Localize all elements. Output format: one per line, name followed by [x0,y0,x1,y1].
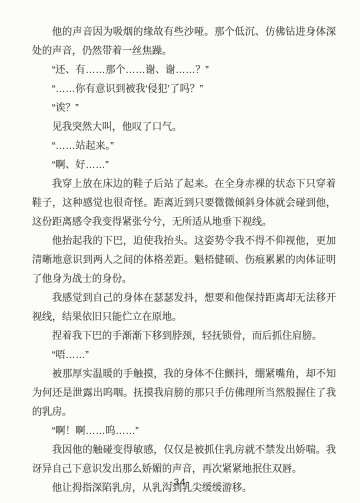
paragraph: “还、有……那个……谢、谢……？” [32,61,336,80]
paragraph: “诶？” [32,99,336,118]
paragraph: “啊！啊……呜……” [32,422,336,441]
paragraph: 我穿上放在床边的鞋子后站了起来。在全身赤裸的状态下只穿着鞋子，这种感觉也很奇怪。… [32,175,336,232]
paragraph: 我因他的触碰变得敏感，仅仅是被抓住乳房就不禁发出娇喘。我讶异自己下意识发出那么娇… [32,441,336,479]
paragraph: 捏着我下巴的手渐渐下移到脖颈，轻抚锁骨，而后抓住肩膀。 [32,327,336,346]
paragraph: 见我突然大叫，他叹了口气。 [32,118,336,137]
paragraph: 他的声音因为吸烟的缘故有些沙哑。那个低沉、仿佛钻进身体深处的声音，仍然带着一丝焦… [32,23,336,61]
page-text: 他的声音因为吸烟的缘故有些沙哑。那个低沉、仿佛钻进身体深处的声音，仍然带着一丝焦… [32,23,336,498]
paragraph: “……站起来。” [32,137,336,156]
paragraph: “……你有意识到被我‘侵犯’了吗？” [32,80,336,99]
paragraph: “啊、好……” [32,156,336,175]
paragraph: 他抬起我的下巴，迫使我抬头。这姿势令我不得不仰视他，更加清晰地意识到两人之间的体… [32,232,336,289]
book-page: 他的声音因为吸烟的缘故有些沙哑。那个低沉、仿佛钻进身体深处的声音，仍然带着一丝焦… [0,0,360,503]
paragraph: “唔……” [32,346,336,365]
page-number: -34- [0,477,360,488]
paragraph: 我感觉到自己的身体在瑟瑟发抖，想要和他保持距离却无法移开视线，结果依旧只能伫立在… [32,289,336,327]
paragraph: 被那厚实温暖的手触摸，我的身体不住颤抖，绷紧嘴角，却不知为何还是泄露出呜咽。抚摸… [32,365,336,422]
